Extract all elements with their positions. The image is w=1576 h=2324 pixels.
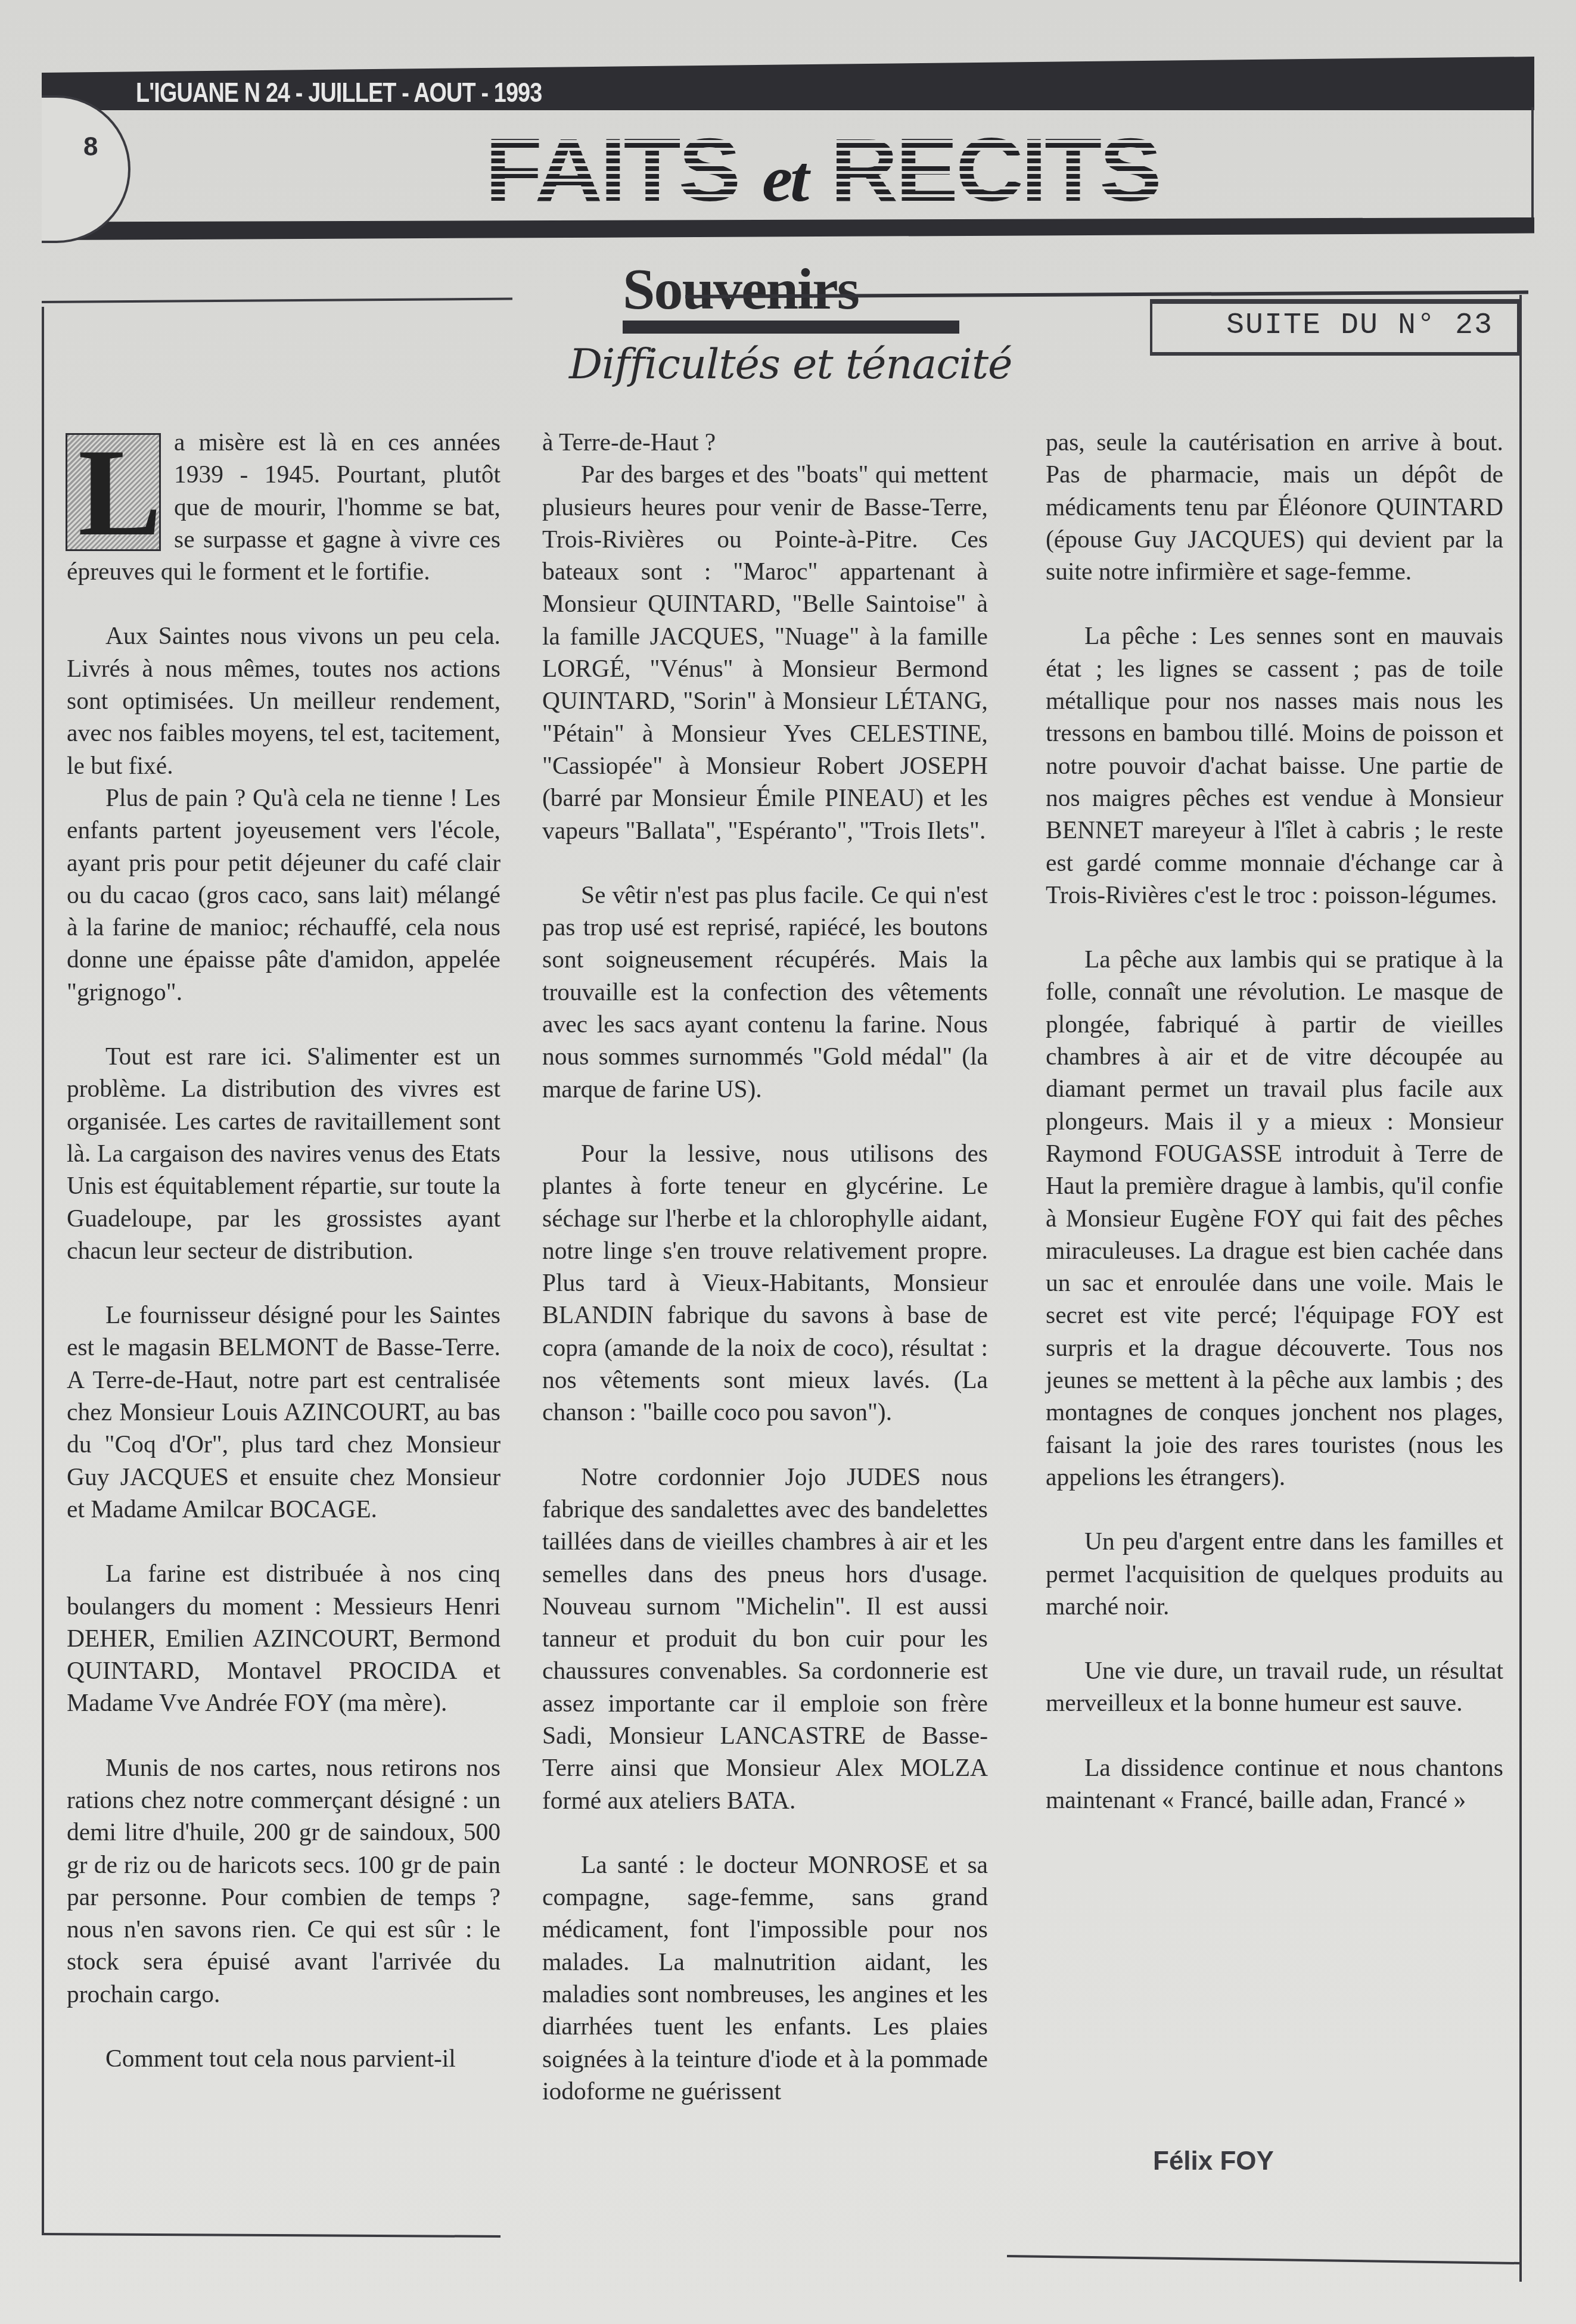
- section-title-word-2: et: [762, 142, 807, 215]
- paragraph: Tout est rare ici. S'alimenter est un pr…: [67, 1040, 501, 1267]
- paragraph: Se vêtir n'est pas plus facile. Ce qui n…: [542, 879, 988, 1105]
- paragraph: La misère est là en ces années 1939 - 19…: [67, 426, 501, 587]
- newspaper-page: L'IGUANE N 24 - JUILLET - AOUT - 1993 8 …: [0, 0, 1576, 2324]
- paragraph: La dissidence continue et nous chantons …: [1046, 1751, 1503, 1816]
- section-title: FAITS et RECITS: [412, 125, 1232, 214]
- page-number: 8: [83, 132, 98, 162]
- paragraph: Un peu d'argent entre dans les familles …: [1046, 1525, 1503, 1622]
- section-title-word-3: RECITS: [831, 120, 1160, 220]
- frame-rule-bottom-left: [42, 2233, 501, 2238]
- paragraph: La pêche : Les sennes sont en mauvais ét…: [1046, 620, 1503, 911]
- paragraph: Par des barges et des "boats" qui metten…: [542, 458, 988, 847]
- dropcap-letter: L: [78, 430, 161, 555]
- paragraph: La santé : le docteur MONROSE et sa comp…: [542, 1849, 988, 2107]
- section-title-word-1: FAITS: [485, 120, 738, 220]
- paragraph: La pêche aux lambis qui se pratique à la…: [1046, 943, 1503, 1493]
- paragraph: Comment tout cela nous parvient-il: [67, 2042, 501, 2074]
- author-signature: Félix FOY: [1153, 2146, 1274, 2176]
- paragraph: Notre cordonnier Jojo JUDES nous fabriqu…: [542, 1461, 988, 1816]
- frame-rule-top-left: [42, 297, 512, 303]
- dropcap-box: L: [66, 433, 161, 551]
- issue-line: L'IGUANE N 24 - JUILLET - AOUT - 1993: [136, 76, 542, 108]
- continued-from-box: SUITE DU N° 23: [1150, 299, 1519, 356]
- paragraph: pas, seule la cautérisation en arrive à …: [1046, 426, 1503, 587]
- paragraph: Pour la lessive, nous utilisons des plan…: [542, 1137, 988, 1429]
- article-headline: Souvenirs: [623, 256, 859, 323]
- paragraph: Le fournisseur désigné pour les Saintes …: [67, 1299, 501, 1525]
- paragraph: Une vie dure, un travail rude, un résult…: [1046, 1654, 1503, 1719]
- article-column-2: à Terre-de-Haut ? Par des barges et des …: [542, 426, 988, 2139]
- paragraph: Aux Saintes nous vivons un peu cela. Liv…: [67, 620, 501, 781]
- frame-rule-bottom-right: [1007, 2255, 1519, 2264]
- headline-underline: [623, 321, 959, 334]
- article-column-1: La misère est là en ces années 1939 - 19…: [67, 426, 501, 2107]
- continued-from-label: SUITE DU N° 23: [1226, 309, 1493, 343]
- frame-rule-left: [42, 307, 44, 2234]
- paragraph: à Terre-de-Haut ?: [542, 426, 988, 458]
- paragraph: Munis de nos cartes, nous retirons nos r…: [67, 1751, 501, 2010]
- frame-rule-right: [1519, 295, 1522, 2282]
- article-subheadline: Difficultés et ténacité: [569, 340, 1012, 388]
- paragraph: Plus de pain ? Qu'à cela ne tienne ! Les…: [67, 782, 501, 1008]
- article-column-3: pas, seule la cautérisation en arrive à …: [1046, 426, 1503, 1848]
- paragraph: La farine est distribuée à nos cinq boul…: [67, 1557, 501, 1719]
